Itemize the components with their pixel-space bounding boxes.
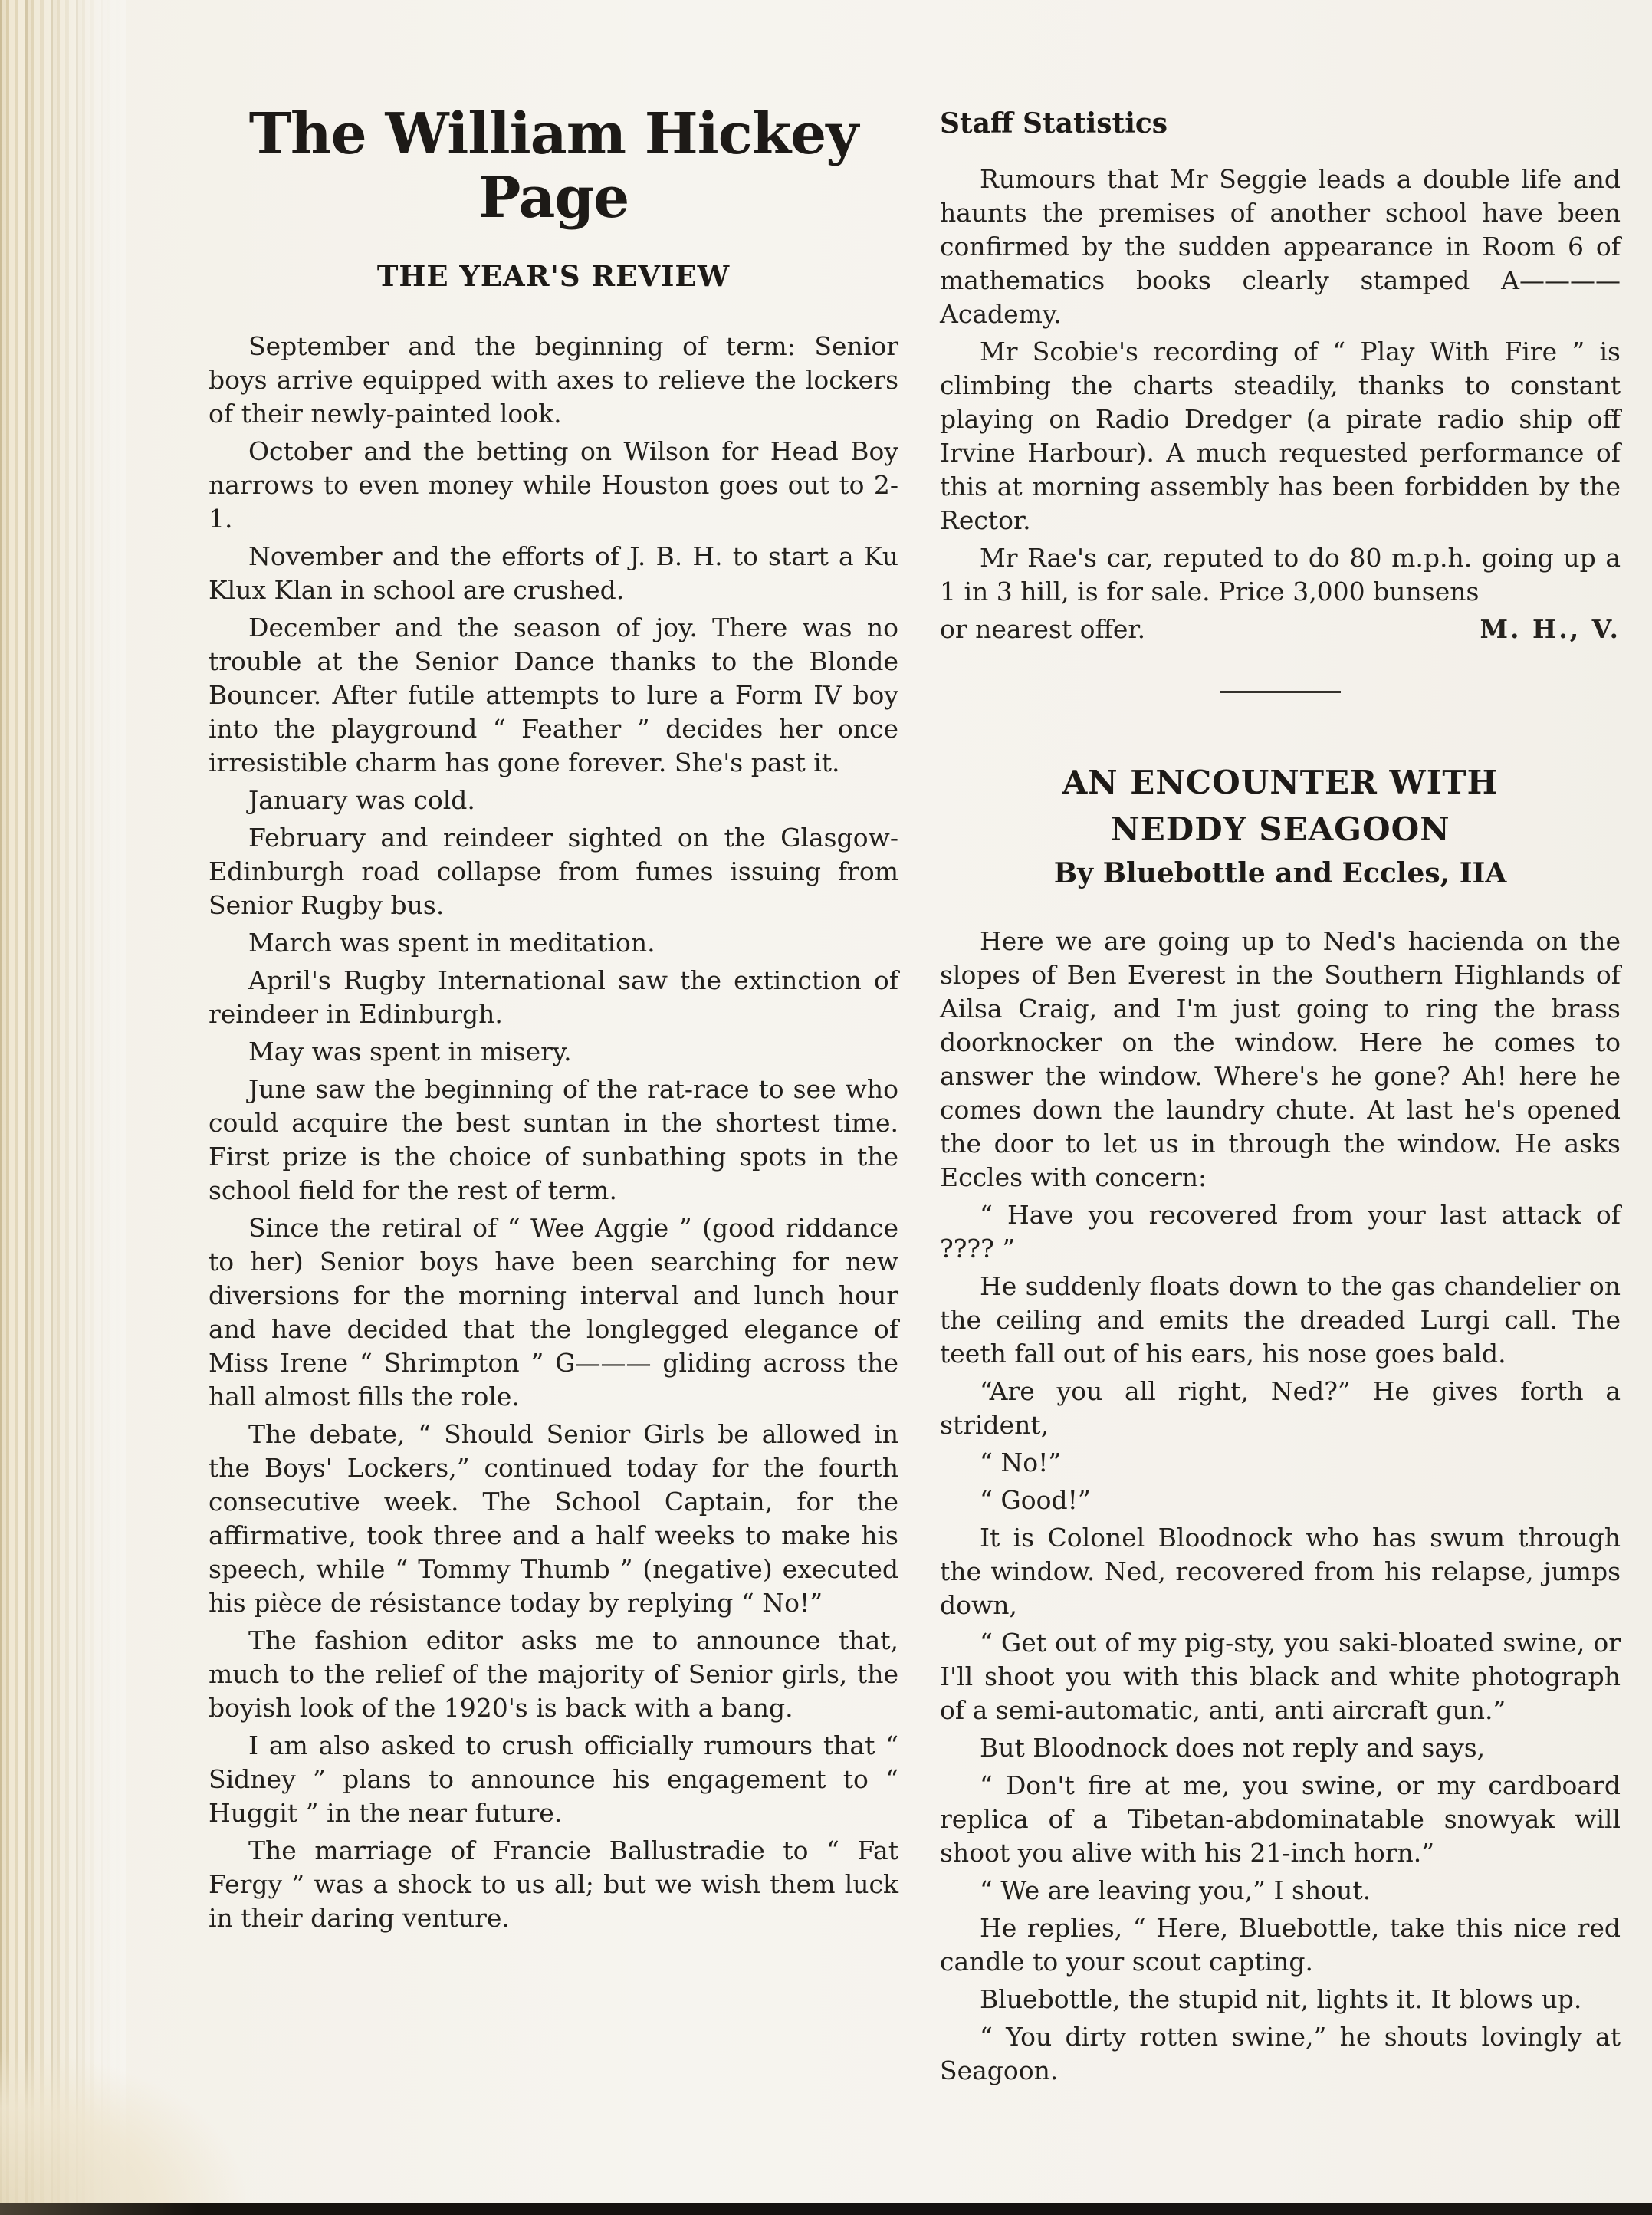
paragraph: I am also asked to crush officially rumo…	[209, 1729, 898, 1830]
paragraph: Mr Rae's car, reputed to do 80 m.p.h. go…	[940, 541, 1621, 609]
staff-statistics-paragraphs: Rumours that Mr Seggie leads a double li…	[940, 163, 1621, 609]
page-title: The William Hickey Page	[209, 103, 898, 230]
paragraph: Since the retiral of “ Wee Aggie ” (good…	[209, 1211, 898, 1414]
staff-statistics-heading: Staff Statistics	[940, 107, 1621, 140]
paragraph: “Are you all right, Ned?” He gives forth…	[940, 1375, 1621, 1442]
paragraph: “ You dirty rotten swine,” he shouts lov…	[940, 2020, 1621, 2088]
last-line-text: or nearest offer.	[940, 613, 1145, 646]
book-page-edge	[0, 0, 126, 2215]
paragraph: “ We are leaving you,” I shout.	[940, 1874, 1621, 1908]
year-review-heading: THE YEAR'S REVIEW	[209, 259, 898, 293]
paragraph: November and the efforts of J. B. H. to …	[209, 540, 898, 607]
paragraph: Here we are going up to Ned's hacienda o…	[940, 925, 1621, 1195]
encounter-heading-line2: NEDDY SEAGOON	[940, 810, 1621, 848]
paragraph: “ Have you recovered from your last atta…	[940, 1198, 1621, 1266]
paragraph: April's Rugby International saw the exti…	[209, 964, 898, 1031]
page-corner-curl	[0, 2052, 245, 2206]
paragraph: The marriage of Francie Ballustradie to …	[209, 1834, 898, 1935]
magazine-page: The William Hickey Page THE YEAR'S REVIE…	[0, 0, 1652, 2215]
paragraph: It is Colonel Bloodnock who has swum thr…	[940, 1521, 1621, 1622]
paragraph: Bluebottle, the stupid nit, lights it. I…	[940, 1983, 1621, 2016]
paragraph: “ Get out of my pig-sty, you saki-bloate…	[940, 1626, 1621, 1727]
paragraph: June saw the beginning of the rat-race t…	[209, 1073, 898, 1208]
paragraph: September and the beginning of term: Sen…	[209, 330, 898, 431]
encounter-heading-line1: AN ENCOUNTER WITH	[940, 764, 1621, 801]
paragraph: October and the betting on Wilson for He…	[209, 435, 898, 536]
paragraph: December and the season of joy. There wa…	[209, 611, 898, 780]
paragraph: “ No!”	[940, 1446, 1621, 1480]
paragraph: But Bloodnock does not reply and says,	[940, 1731, 1621, 1765]
paragraph: The debate, “ Should Senior Girls be all…	[209, 1418, 898, 1620]
paragraph: February and reindeer sighted on the Gla…	[209, 821, 898, 922]
section-divider-rule	[1220, 691, 1341, 693]
encounter-byline: By Bluebottle and Eccles, IIA	[940, 857, 1621, 889]
paragraph: He replies, “ Here, Bluebottle, take thi…	[940, 1911, 1621, 1979]
paragraph: March was spent in meditation.	[209, 926, 898, 960]
left-column: The William Hickey Page THE YEAR'S REVIE…	[209, 98, 898, 1939]
right-column: Staff Statistics Rumours that Mr Seggie …	[940, 107, 1621, 2092]
year-review-paragraphs: September and the beginning of term: Sen…	[209, 330, 898, 1935]
signature-row: or nearest offer. M. H., V.	[940, 613, 1621, 646]
paragraph: “ Good!”	[940, 1484, 1621, 1517]
author-initials: M. H., V.	[1480, 613, 1621, 646]
book-bottom-edge	[0, 2203, 1652, 2215]
paragraph: “ Don't fire at me, you swine, or my car…	[940, 1769, 1621, 1870]
paragraph: The fashion editor asks me to announce t…	[209, 1624, 898, 1725]
paragraph: Mr Scobie's recording of “ Play With Fir…	[940, 335, 1621, 537]
paragraph: Rumours that Mr Seggie leads a double li…	[940, 163, 1621, 331]
encounter-paragraphs: Here we are going up to Ned's hacienda o…	[940, 925, 1621, 2088]
paragraph: May was spent in misery.	[209, 1035, 898, 1069]
paragraph: January was cold.	[209, 784, 898, 817]
paragraph: He suddenly floats down to the gas chand…	[940, 1270, 1621, 1371]
